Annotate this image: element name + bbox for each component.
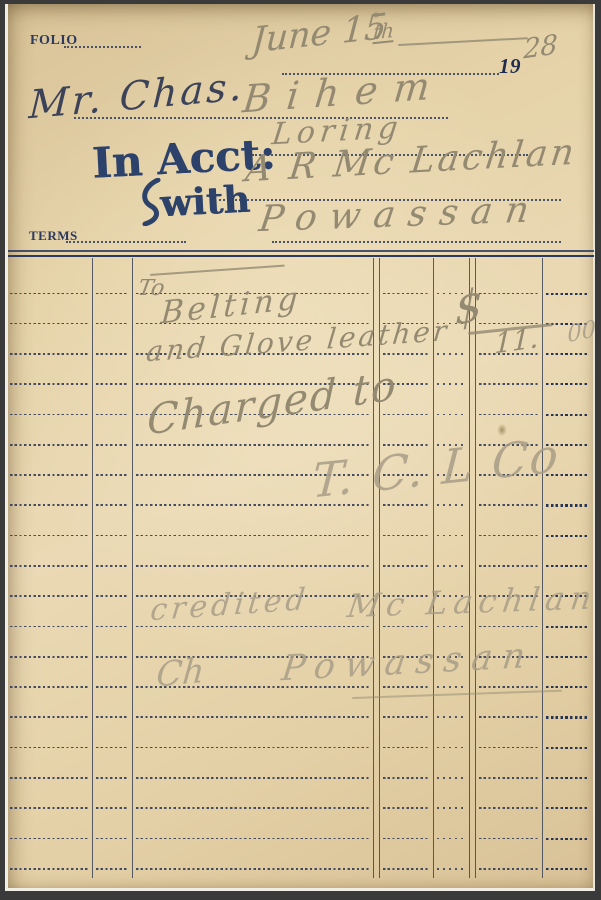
ledger-row-dotted-line (383, 747, 429, 749)
with-heading: with (159, 181, 251, 223)
ledger-row-dotted-line (383, 686, 429, 688)
ledger-row-dotted-line (96, 838, 128, 840)
ledger-row-dotted-line (136, 777, 369, 779)
ledger-row-dotted-line (546, 383, 588, 385)
ledger-row-dotted-line (479, 626, 538, 628)
ledger-row-dotted-line (383, 716, 429, 718)
ledger-row-dotted-line (479, 868, 538, 870)
ledger-row-dotted-line (136, 535, 369, 537)
ledger-row-dotted-line (479, 383, 538, 385)
ledger-row-dotted-line (437, 868, 465, 870)
ledger-row-dotted-line (96, 444, 128, 446)
ledger-row-dotted-line (383, 807, 429, 809)
ledger-row-dotted-line (437, 565, 465, 567)
ledger-row-dotted-line (383, 535, 429, 537)
ledger-row-dotted-line (546, 353, 588, 355)
ledger-row-dotted-line (437, 504, 465, 506)
ledger-column-rule (475, 258, 476, 878)
ledger-row-dotted-line (383, 504, 429, 506)
ledger-row-dotted-line (383, 868, 429, 870)
ledger-row-dotted-line (96, 353, 128, 355)
ledger-row-dotted-line (10, 504, 88, 506)
ledger-row-dotted-line (96, 293, 128, 295)
ledger-column-rule (469, 258, 470, 878)
table-top-rule-thin (8, 250, 594, 252)
hw-date-ordinal: th (372, 20, 394, 44)
ledger-row-dotted-line (546, 716, 588, 718)
ledger-row-dotted-line (96, 323, 128, 325)
ledger-row-dotted-line (10, 535, 88, 537)
ledger-row-dotted-line (437, 747, 465, 749)
ledger-row-dotted-line (10, 565, 88, 567)
ledger-row-dotted-line (383, 777, 429, 779)
ledger-row-dotted-line (136, 747, 369, 749)
ledger-row-dotted-line (136, 868, 369, 870)
ledger-row-dotted-line (546, 565, 588, 567)
ledger-row-dotted-line (96, 383, 128, 385)
ledger-column-rule (132, 258, 133, 878)
ledger-row-dotted-line (546, 626, 588, 628)
hw-currency-symbol: $ (455, 283, 483, 333)
ledger-row-dotted-line (10, 626, 88, 628)
ledger-row-dotted-line (437, 807, 465, 809)
ledger-row-dotted-line (96, 414, 128, 416)
ledger-row-dotted-line (10, 686, 88, 688)
ledger-row-dotted-line (136, 716, 369, 718)
ledger-row-dotted-line (96, 686, 128, 688)
ledger-row-dotted-line (10, 323, 88, 325)
ledger-row-dotted-line (546, 686, 588, 688)
ledger-row-dotted-line (437, 414, 465, 416)
ledger-column-rule (542, 258, 543, 878)
ledger-row-dotted-line (10, 807, 88, 809)
ledger-row-dotted-line (96, 807, 128, 809)
ledger-row-dotted-line (479, 414, 538, 416)
hw-account-place: Powassan (257, 192, 544, 238)
ledger-row-dotted-line (96, 868, 128, 870)
ledger-row-dotted-line (479, 807, 538, 809)
ledger-row-dotted-line (383, 293, 429, 295)
ledger-row-dotted-line (437, 838, 465, 840)
ledger-row-dotted-line (10, 868, 88, 870)
folio-dotted-line (64, 29, 141, 48)
ledger-row-dotted-line (10, 656, 88, 658)
ledger-row-dotted-line (10, 777, 88, 779)
ledger-row-dotted-line (383, 626, 429, 628)
hw-credited-party: Mc Lachlan (345, 581, 599, 622)
ledger-row-dotted-line (546, 293, 588, 295)
ledger-row-dotted-line (546, 504, 588, 506)
ledger-row-dotted-line (479, 747, 538, 749)
ledger-row-dotted-line (546, 656, 588, 658)
ledger-row-dotted-line (479, 716, 538, 718)
ledger-row-dotted-line (10, 716, 88, 718)
ledger-row-dotted-line (96, 626, 128, 628)
ledger-row-dotted-line (546, 868, 588, 870)
ledger-row-dotted-line (479, 504, 538, 506)
ledger-row-dotted-line (437, 353, 465, 355)
ledger-row-dotted-line (136, 444, 369, 446)
ledger-row-dotted-line (437, 626, 465, 628)
ledger-row-dotted-line (479, 838, 538, 840)
hw-year: 28 (523, 31, 558, 63)
scanned-ledger-page: FOLIO 19 In Acct: with TERMS June 15 th … (0, 0, 601, 900)
ledger-row-dotted-line (383, 565, 429, 567)
ledger-row-dotted-line (437, 777, 465, 779)
ledger-row-dotted-line (479, 565, 538, 567)
ledger-row-dotted-line (96, 474, 128, 476)
ledger-row-dotted-line (479, 535, 538, 537)
ledger-row-dotted-line (437, 535, 465, 537)
ledger-row-dotted-line (10, 444, 88, 446)
ledger-row-dotted-line (96, 595, 128, 597)
ledger-row-dotted-line (437, 716, 465, 718)
ledger-row-dotted-line (136, 838, 369, 840)
ledger-row-dotted-line (10, 353, 88, 355)
ledger-row-dotted-line (546, 535, 588, 537)
ledger-row-dotted-line (437, 686, 465, 688)
hw-amount-dollars: 11. (494, 324, 539, 359)
ledger-row-dotted-line (10, 838, 88, 840)
ledger-row-dotted-line (10, 595, 88, 597)
ledger-row-dotted-line (479, 293, 538, 295)
terms-dotted-line (66, 224, 186, 243)
ledger-row-dotted-line (96, 656, 128, 658)
ledger-row-dotted-line (96, 535, 128, 537)
ledger-row-dotted-line (10, 293, 88, 295)
ledger-row-dotted-line (10, 747, 88, 749)
ledger-row-dotted-line (383, 353, 429, 355)
ledger-row-dotted-line (10, 474, 88, 476)
table-top-rule-thick (8, 255, 594, 258)
ledger-row-dotted-line (546, 414, 588, 416)
ledger-row-dotted-line (546, 747, 588, 749)
ledger-row-dotted-line (383, 838, 429, 840)
ledger-column-rule (433, 258, 434, 878)
ledger-row-dotted-line (10, 414, 88, 416)
ledger-row-dotted-line (437, 383, 465, 385)
ledger-row-dotted-line (546, 807, 588, 809)
ledger-row-dotted-line (479, 686, 538, 688)
hw-credited2-prefix: Ch (155, 654, 206, 693)
ledger-row-dotted-line (546, 838, 588, 840)
ledger-row-dotted-line (96, 747, 128, 749)
printed-year: 19 (499, 54, 521, 79)
ledger-row-dotted-line (96, 716, 128, 718)
ledger-column-rule (92, 258, 93, 878)
ledger-row-dotted-line (136, 565, 369, 567)
ledger-row-dotted-line (479, 777, 538, 779)
ledger-row-dotted-line (136, 807, 369, 809)
ledger-row-dotted-line (10, 383, 88, 385)
ledger-row-dotted-line (383, 414, 429, 416)
hw-amount-cents: 00 (567, 318, 596, 347)
ledger-row-dotted-line (546, 777, 588, 779)
ledger-row-dotted-line (96, 504, 128, 506)
ledger-row-dotted-line (96, 565, 128, 567)
ledger-row-dotted-line (96, 777, 128, 779)
